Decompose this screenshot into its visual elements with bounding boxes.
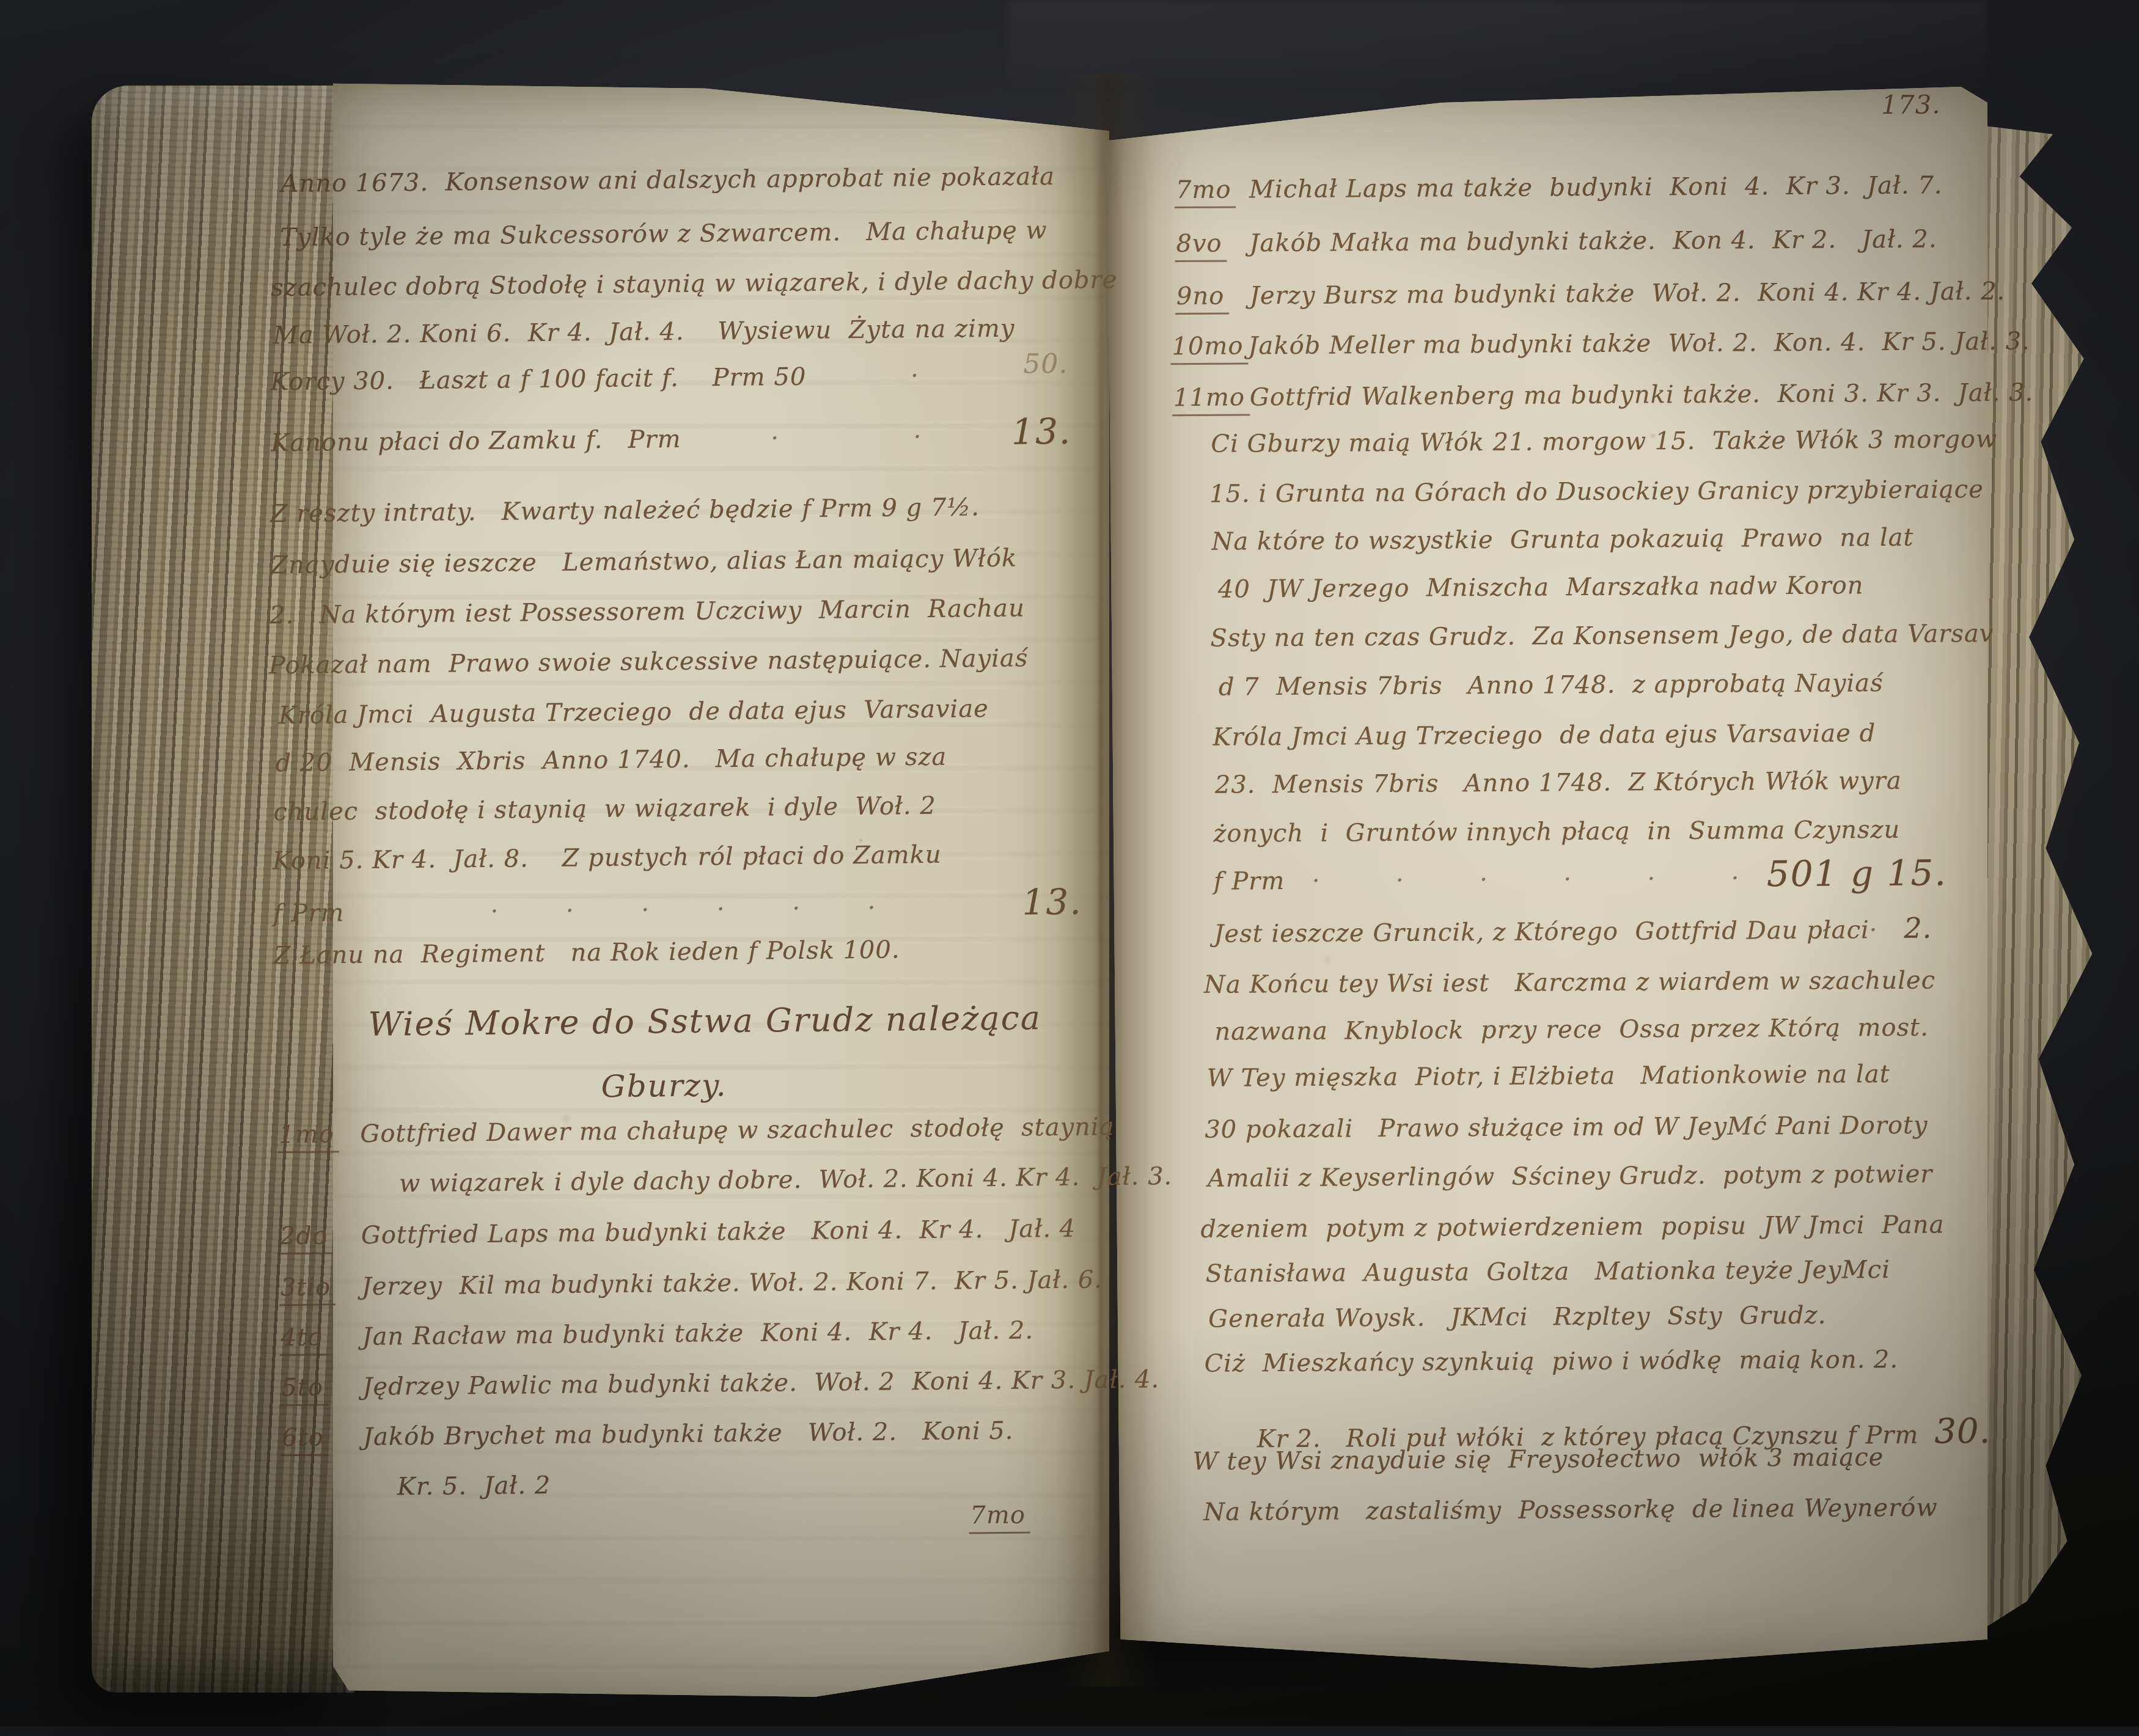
manuscript-line: Na którym zastaliśmy Possessorkę de line… (1203, 1494, 1938, 1526)
entry-ordinal: 8vo (1175, 230, 1227, 263)
entry-ordinal: 10mo (1170, 332, 1248, 365)
gbur-entry: 9no Jerzy Bursz ma budynki także Woł. 2.… (1175, 277, 1988, 315)
entry-ordinal: 9no (1175, 282, 1230, 315)
entry-ordinal: 7mo (1175, 176, 1236, 209)
gbur-entry: 8vo Jakób Małka ma budynki także. Kon 4.… (1175, 225, 1987, 262)
entry-text: Michał Laps ma także budynki Koni 4. Kr … (1249, 171, 1943, 203)
manuscript-line: d 7 Mensis 7bris Anno 1748. z approbatą … (1219, 669, 1884, 701)
manuscript-photo: Anno 1673. Konsensow ani dalszych approb… (0, 0, 2139, 1726)
page-number: 173. (1881, 89, 1941, 120)
dot-leader: · · (1869, 916, 1904, 944)
entry-text: Gottfrid Walkenberg ma budynki także. Ko… (1250, 379, 2034, 412)
manuscript-line: 40 JW Jerzego Mniszcha Marszałka nadw Ko… (1218, 571, 1864, 603)
right-page-text: 173. 7mo Michał Laps ma także budynki Ko… (0, 0, 2139, 1726)
manuscript-line: Króla Jmci Aug Trzeciego de data ejus Va… (1213, 719, 1876, 752)
manuscript-line: Ci Gburzy maią Włók 21. morgow 15. Także… (1211, 425, 1997, 458)
entry-ordinal-cell: 11mo (1172, 383, 1250, 416)
entry-text: Jerzy Bursz ma budynki także Woł. 2. Kon… (1250, 277, 2006, 310)
manuscript-line: Amalii z Keyserlingów Sściney Grudz. pot… (1208, 1160, 1933, 1193)
entry-ordinal: 11mo (1172, 383, 1250, 416)
manuscript-line: żonych i Gruntów innych płacą in Summa C… (1213, 816, 1900, 848)
gbur-entry: 11mo Gottfrid Walkenberg ma budynki takż… (1172, 379, 1991, 416)
entry-ordinal-cell: 10mo (1170, 332, 1248, 365)
entry-text: Jakób Meller ma budynki także Woł. 2. Ko… (1248, 328, 2030, 361)
dot-leader: · · · · · · (1285, 864, 1767, 895)
manuscript-line: Ssty na ten czas Grudz. Za Konsensem Jeg… (1210, 620, 1994, 653)
manuscript-line: Na Końcu tey Wsi iest Karczma z wiardem … (1204, 967, 1936, 999)
amount-value: 30. (1934, 1412, 1990, 1452)
amount-value: 2. (1904, 912, 1932, 945)
manuscript-line: 30 pokazali Prawo służące im od W JeyMć … (1205, 1112, 1928, 1144)
entry-ordinal-cell: 9no (1175, 282, 1250, 315)
manuscript-line: f Prm · · · · · · 501 g 15. (1214, 852, 1947, 898)
entry-text: Jakób Małka ma budynki także. Kon 4. Kr … (1249, 225, 1937, 258)
line-text: Jest ieszcze Gruncik, z Którego Gottfrid… (1214, 916, 1869, 948)
manuscript-line: Na które to wszystkie Grunta pokazuią Pr… (1211, 524, 1913, 556)
manuscript-line: Jest ieszcze Gruncik, z Którego Gottfrid… (1214, 912, 1932, 949)
entry-ordinal-cell: 7mo (1175, 175, 1249, 208)
entry-ordinal-cell: 8vo (1175, 229, 1249, 262)
manuscript-line: W Tey mięszka Piotr, i Elżbieta Mationko… (1207, 1060, 1890, 1093)
line-text: f Prm (1214, 867, 1285, 896)
gbur-entry: 7mo Michał Laps ma także budynki Koni 4.… (1175, 171, 1987, 208)
manuscript-line: Generała Woysk. JKMci Rzpltey Ssty Grudz… (1208, 1302, 1826, 1333)
manuscript-line: W tey Wsi znayduie się Freysołectwo włók… (1193, 1443, 1884, 1476)
manuscript-line: Ciż Mieszkańcy szynkuią piwo i wódkę mai… (1205, 1346, 1899, 1378)
manuscript-line: 23. Mensis 7bris Anno 1748. Z Których Wł… (1215, 767, 1902, 799)
manuscript-line: Stanisława Augusta Goltza Mationka teyże… (1206, 1256, 1890, 1288)
gbur-entry: 10mo Jakób Meller ma budynki także Woł. … (1170, 328, 1989, 365)
amount-value: 501 g 15. (1767, 852, 1947, 895)
manuscript-line: 15. i Grunta na Górach do Dusockiey Gran… (1209, 475, 1984, 508)
manuscript-line: dzeniem potym z potwierdzeniem popisu JW… (1200, 1210, 1944, 1243)
manuscript-line: nazwana Knyblock przy rece Ossa przez Kt… (1214, 1014, 1929, 1046)
